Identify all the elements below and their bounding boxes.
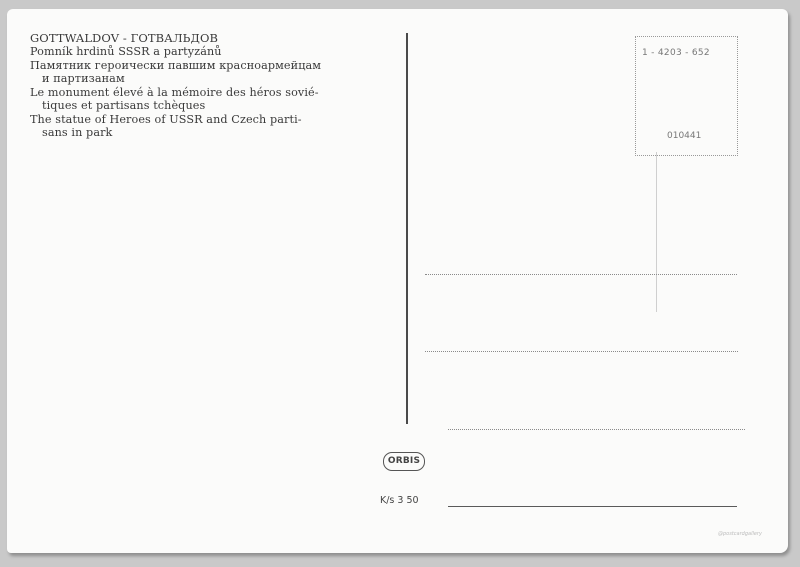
- center-divider: [406, 33, 408, 424]
- watermark: @postcardgallery: [718, 531, 762, 537]
- price-code: K/s 3 50: [380, 495, 419, 506]
- address-line-3: [448, 429, 745, 430]
- caption-french-line-2: tiques et partisans tchèques: [30, 99, 405, 112]
- caption-title: GOTTWALDOV - ГОТВАЛЬДОВ: [30, 32, 405, 45]
- caption-french-line-1: Le monument élevé à la mémoire des héros…: [30, 86, 405, 99]
- faint-vertical-line: [656, 152, 657, 312]
- postcard-caption: GOTTWALDOV - ГОТВАЛЬДОВ Pomník hrdinů SS…: [30, 32, 405, 139]
- orbis-logo: ORBIS: [383, 452, 425, 471]
- caption-russian-line-1: Памятник героически павшим красноармейца…: [30, 59, 405, 72]
- stamp-code: 1 - 4203 - 652: [642, 48, 710, 58]
- address-line-2: [425, 351, 738, 352]
- stamp-number: 010441: [667, 131, 701, 141]
- caption-english-line-1: The statue of Heroes of USSR and Czech p…: [30, 113, 405, 126]
- address-line-1: [425, 274, 737, 275]
- caption-russian-line-2: и партизанам: [30, 72, 405, 85]
- caption-czech: Pomník hrdinů SSSR a partyzánů: [30, 45, 405, 58]
- caption-english-line-2: sans in park: [30, 126, 405, 139]
- address-line-4: [448, 506, 737, 507]
